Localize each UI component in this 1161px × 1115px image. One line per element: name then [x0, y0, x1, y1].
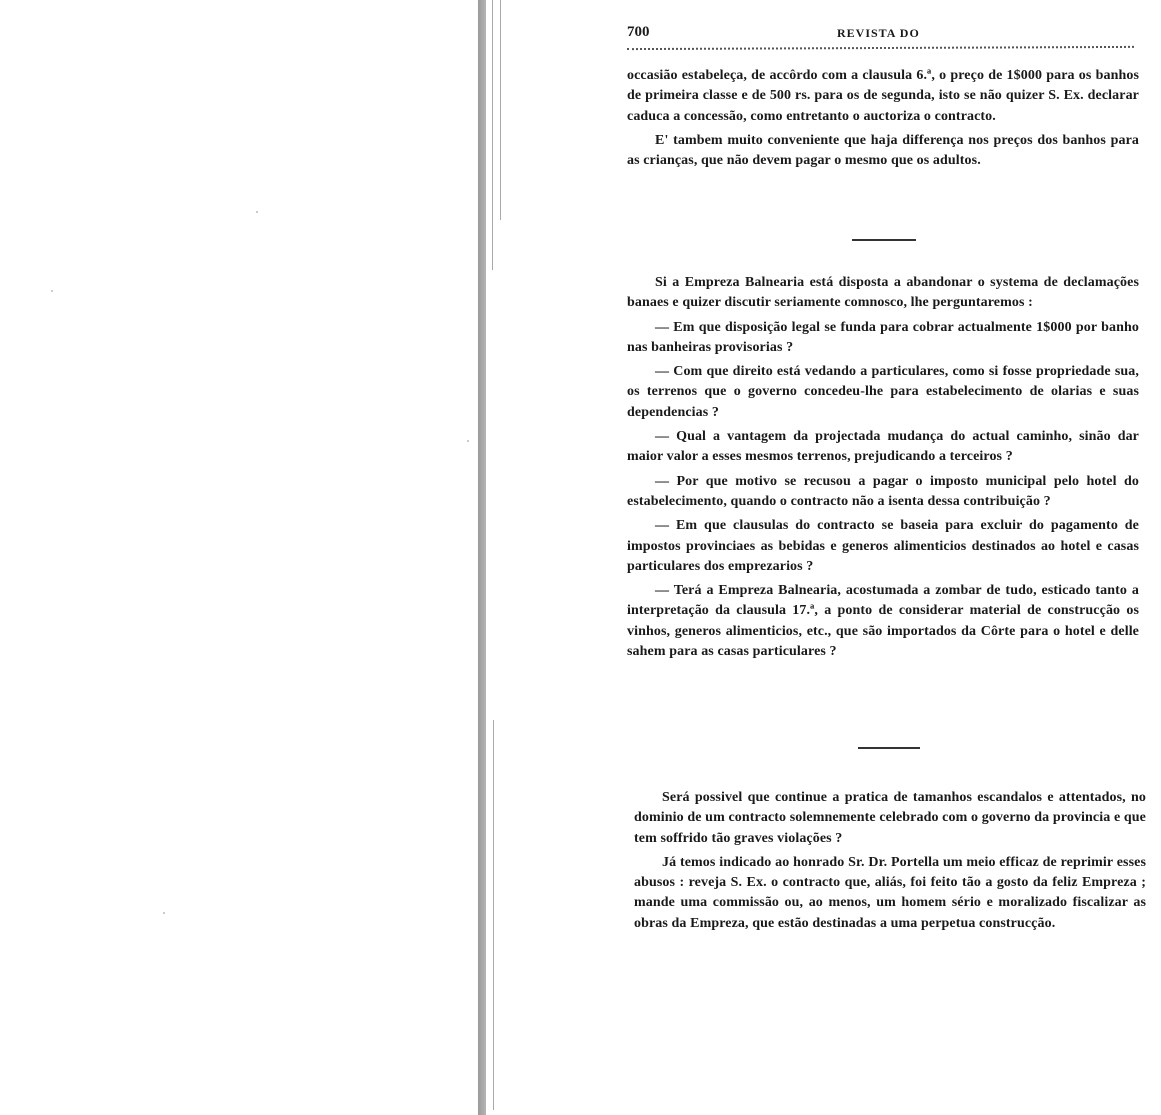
section-3: Será possivel que continue a pratica de … — [634, 788, 1146, 938]
gutter-line — [493, 720, 494, 1110]
paper-speck — [163, 912, 165, 914]
question: — Terá a Empreza Balnearia, acostumada a… — [627, 581, 1139, 662]
question: — Por que motivo se recusou a pagar o im… — [627, 472, 1139, 513]
left-blank-page — [0, 0, 478, 1115]
question: — Em que disposição legal se funda para … — [627, 318, 1139, 359]
question: — Com que direito está vedando a particu… — [627, 362, 1139, 423]
page-header: 700 REVISTA DO — [627, 24, 1134, 44]
running-title: REVISTA DO — [837, 26, 920, 41]
question: — Em que clausulas do contracto se basei… — [627, 516, 1139, 577]
section-2: Si a Empreza Balnearia está disposta a a… — [627, 273, 1139, 666]
right-page: 700 REVISTA DO occasião estabeleça, de a… — [600, 0, 1161, 1115]
book-gutter — [478, 0, 486, 1115]
paragraph: Será possivel que continue a pratica de … — [634, 788, 1146, 849]
paragraph: Si a Empreza Balnearia está disposta a a… — [627, 273, 1139, 314]
page-number: 700 — [627, 24, 650, 41]
section-divider — [858, 747, 920, 749]
paragraph: E' tambem muito conveniente que haja dif… — [627, 131, 1139, 172]
question: — Qual a vantagem da projectada mudança … — [627, 427, 1139, 468]
gutter-line — [492, 0, 493, 270]
section-divider — [852, 239, 916, 241]
gutter-line — [500, 0, 501, 220]
section-1: occasião estabeleça, de accôrdo com a cl… — [627, 66, 1139, 175]
paper-speck — [467, 440, 469, 442]
paper-speck — [256, 211, 258, 213]
paragraph: occasião estabeleça, de accôrdo com a cl… — [627, 66, 1139, 127]
paper-speck — [51, 290, 53, 292]
header-rule — [627, 46, 1134, 50]
paragraph: Já temos indicado ao honrado Sr. Dr. Por… — [634, 853, 1146, 934]
